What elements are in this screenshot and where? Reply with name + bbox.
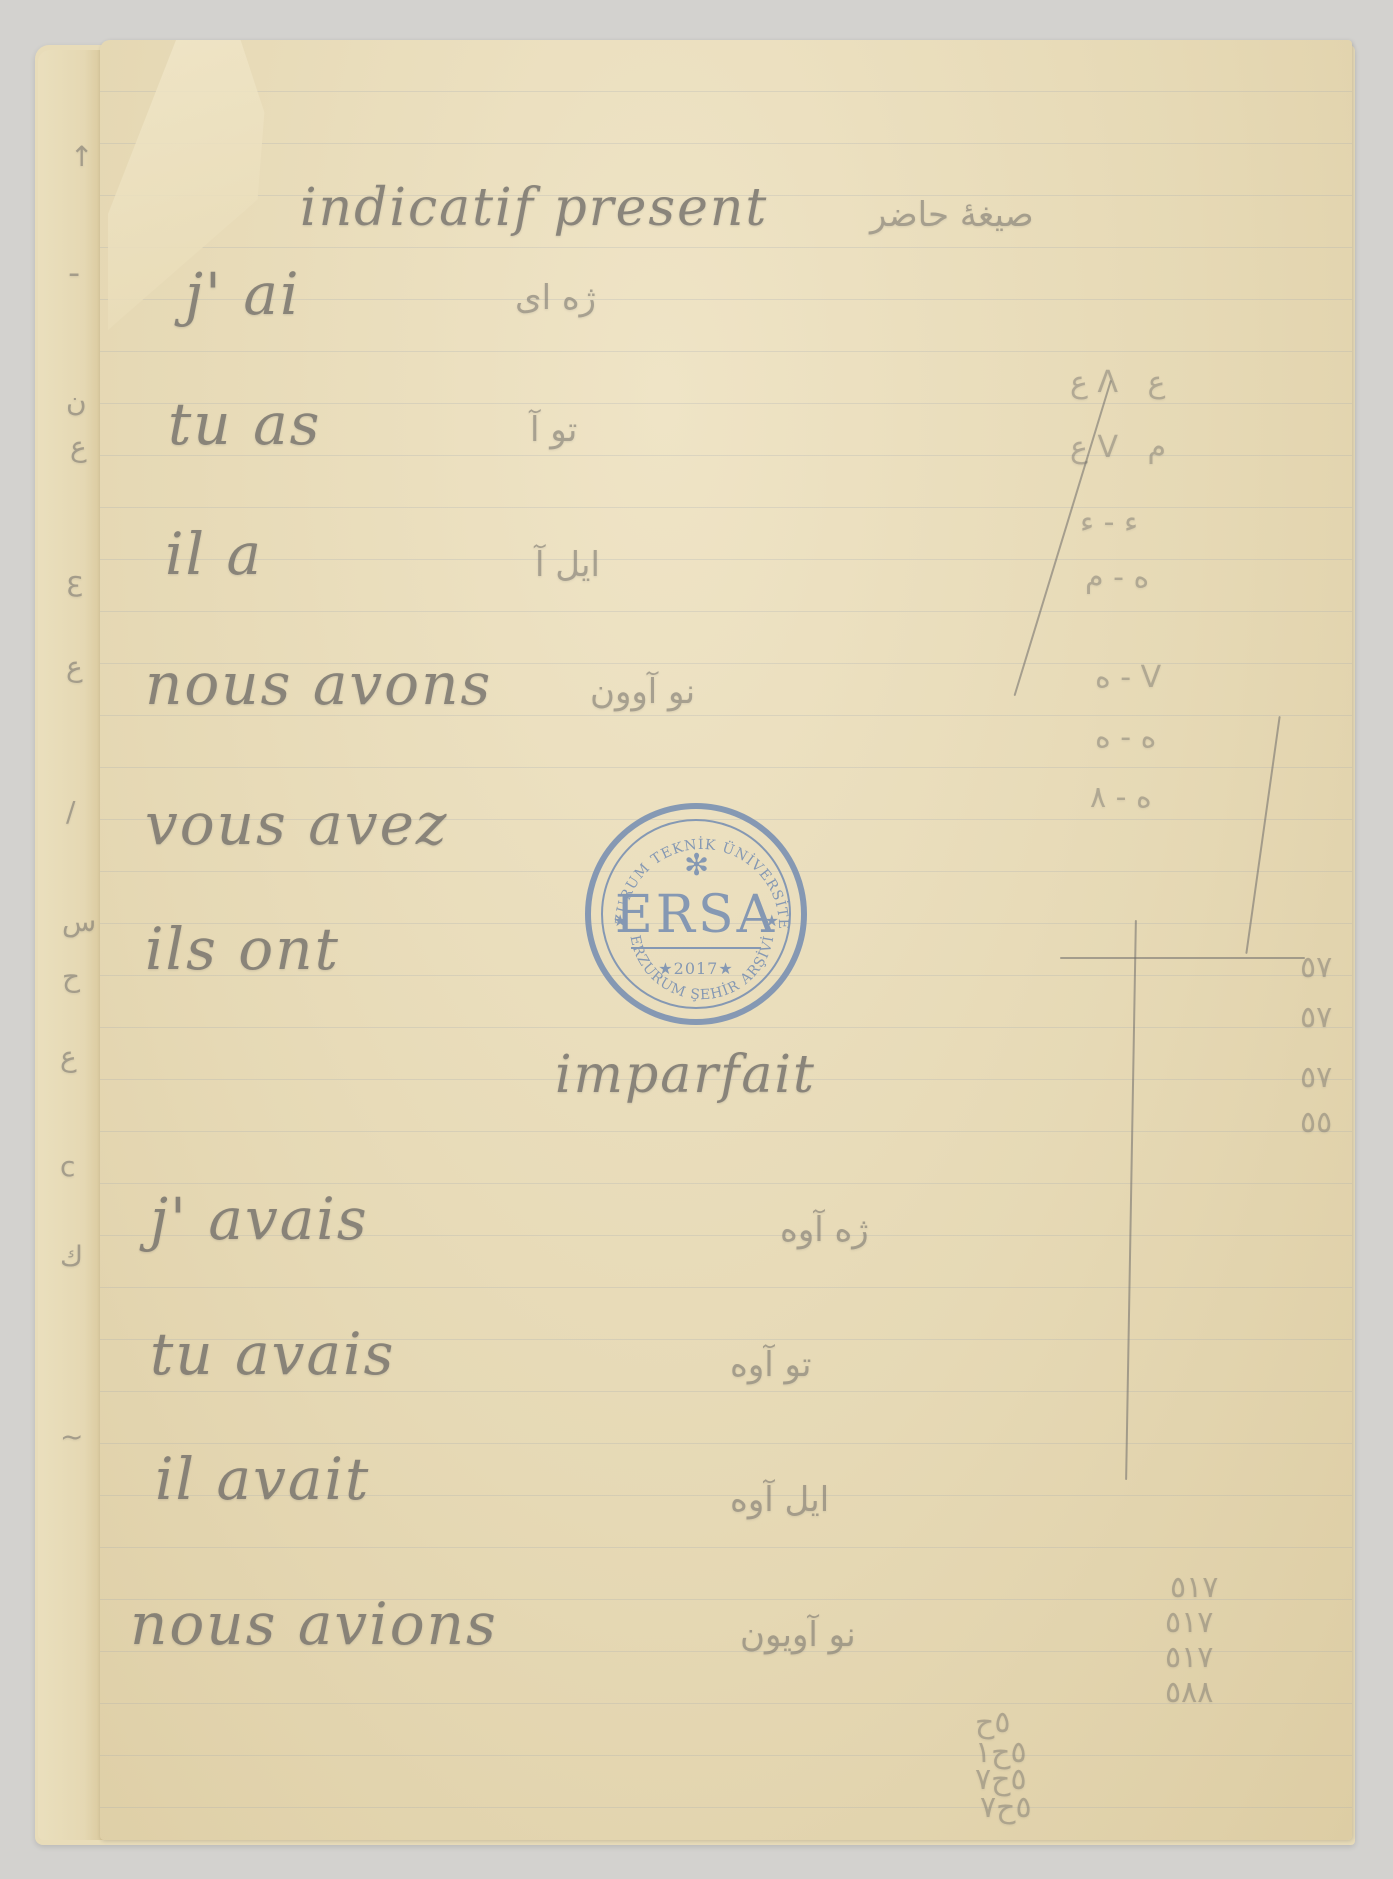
- scribble: ع V م: [1070, 430, 1166, 465]
- margin-mark: ع: [60, 1040, 77, 1073]
- margin-mark: س: [62, 905, 96, 938]
- archive-stamp: ERZURUM TEKNİK ÜNİVERSİTESİ ERZURUM ŞEHİ…: [585, 803, 807, 1025]
- margin-mark: ـ: [70, 250, 78, 283]
- margin-mark: ↑: [70, 140, 95, 173]
- row-annotation: تو آ: [530, 410, 577, 450]
- scribble: ٥٨٨: [1165, 1675, 1213, 1710]
- conjugation-row: j' avais: [150, 1185, 369, 1253]
- conjugation-row: ils ont: [145, 915, 340, 983]
- section-heading-present: indicatif present: [300, 178, 768, 238]
- scribble: ٥٥: [1300, 1105, 1332, 1140]
- stamp-title: ERSA: [591, 889, 801, 941]
- margin-mark: ن: [66, 385, 87, 418]
- heading-annotation: صيغهٔ حاضر: [870, 195, 1034, 235]
- scribble: ء - ء: [1080, 505, 1138, 540]
- margin-mark: c: [60, 1150, 77, 1183]
- scribble: ه - ه: [1095, 720, 1156, 755]
- row-annotation: تو آوه: [730, 1345, 812, 1385]
- conjugation-row: j' ai: [185, 260, 301, 328]
- row-annotation: ایل آ: [535, 545, 600, 585]
- margin-mark: ك: [60, 1240, 83, 1273]
- paper-left-margin-strip: [38, 50, 105, 1840]
- conjugation-row: il a: [165, 520, 263, 588]
- margin-mark: ع: [66, 650, 83, 683]
- conjugation-row: vous avez: [145, 790, 448, 858]
- stamp-year: ★2017★: [591, 959, 801, 978]
- stamp-divider: [631, 947, 761, 949]
- margin-mark: Ԑ: [66, 570, 85, 603]
- margin-mark: ح: [62, 960, 80, 993]
- margin-mark: /: [66, 795, 77, 828]
- row-annotation: ژه ای: [515, 278, 596, 318]
- margin-mark: ~: [60, 1420, 85, 1453]
- row-annotation: ایل آوه: [730, 1480, 829, 1520]
- scribble: ٥ح٧: [980, 1790, 1032, 1825]
- snowflake-emblem-icon: ✻: [684, 851, 709, 881]
- row-annotation: ژه آوه: [780, 1210, 869, 1250]
- section-heading-imparfait: imparfait: [555, 1045, 816, 1105]
- scribble: ٥١٧: [1170, 1570, 1218, 1605]
- conjugation-row: tu as: [168, 390, 321, 458]
- row-annotation: نو آوون: [590, 672, 695, 712]
- scribble: ٥٧: [1300, 950, 1332, 985]
- conjugation-row: nous avions: [130, 1590, 498, 1658]
- conjugation-row: il avait: [155, 1445, 370, 1513]
- scribble: ع Λ ع: [1070, 365, 1165, 400]
- scribble: ه - م: [1085, 560, 1149, 595]
- scribble: ٥٧: [1300, 1060, 1332, 1095]
- row-annotation: نو آویون: [740, 1615, 856, 1655]
- scribble: ٥١٧: [1165, 1605, 1213, 1640]
- margin-mark: ع: [70, 430, 87, 463]
- scribble: ه - ٨: [1090, 780, 1152, 815]
- scribble: ه - V: [1095, 660, 1171, 695]
- conjugation-row: nous avons: [145, 650, 492, 718]
- scribble: ٥٧: [1300, 1000, 1332, 1035]
- scribble: ٥١٧: [1165, 1640, 1213, 1675]
- pencil-stroke: [1060, 957, 1305, 959]
- conjugation-row: tu avais: [150, 1320, 395, 1388]
